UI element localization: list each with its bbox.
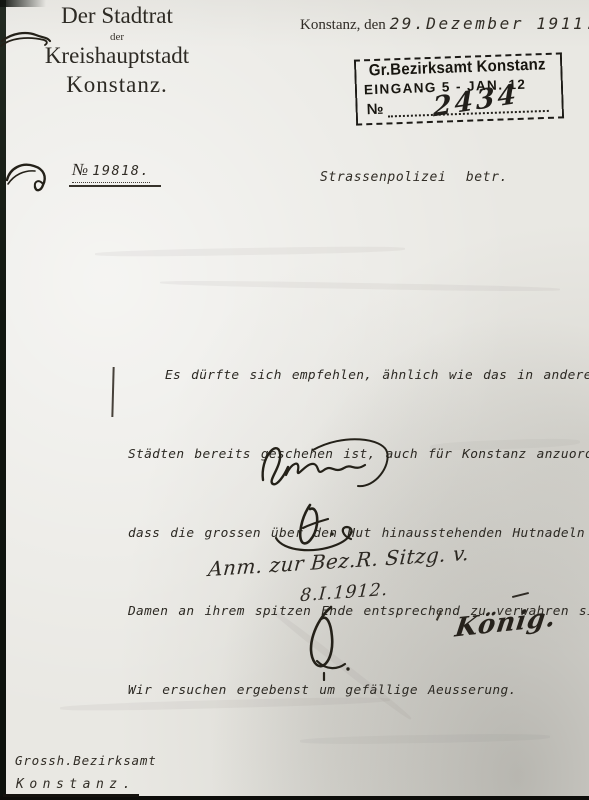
reference-number-sign: №	[72, 160, 92, 179]
dateline-place: Konstanz, den	[300, 17, 390, 33]
bleed-through-mark	[160, 280, 560, 293]
reference-underline	[69, 185, 161, 187]
letterhead: Der Stadtrat der Kreishauptstadt Konstan…	[28, 4, 206, 97]
photo-left-edge	[0, 0, 6, 800]
letterhead-line-1: Der Stadtrat	[28, 4, 206, 28]
bleed-through-mark	[95, 245, 405, 257]
footer-place: Konstanz.	[16, 777, 136, 792]
letterhead-line-4: Konstanz.	[28, 73, 206, 97]
footer-office: Grossh.Bezirksamt	[15, 753, 157, 768]
letterhead-line-2: der	[28, 31, 206, 43]
paraph-flourish-icon	[293, 603, 361, 681]
entry-stamp: Gr.Bezirksamt Konstanz EINGANG 5 - JAN. …	[354, 52, 564, 125]
signature-flourish-icon	[255, 436, 395, 494]
stamp-number-label: №	[366, 101, 383, 119]
footer-underline	[3, 794, 139, 797]
body-line: Wir ersuchen ergebenst um gefällige Aeus…	[128, 678, 589, 704]
stamp-number-line: № 2434	[366, 95, 548, 118]
pen-squiggle-icon	[0, 28, 52, 54]
dateline-date: 29.Dezember 1911.	[390, 14, 589, 33]
dateline: Konstanz, den 29.Dezember 1911.	[300, 14, 589, 34]
stamp-office: Gr.Bezirksamt Konstanz	[358, 55, 557, 80]
reference-number: № 19818.	[72, 160, 150, 180]
reference-number-value: 19818.	[92, 163, 150, 179]
body-line: Es dürfte sich empfehlen, ähnlich wie da…	[128, 363, 589, 389]
letterhead-line-3: Kreishauptstadt	[28, 44, 206, 68]
pen-hook-icon	[4, 158, 52, 200]
vertical-pen-stroke-icon	[111, 367, 114, 417]
subject-line: Strassenpolizei betr.	[320, 170, 508, 185]
photo-bottom-edge	[0, 796, 589, 800]
document-photo: Der Stadtrat der Kreishauptstadt Konstan…	[0, 0, 589, 800]
